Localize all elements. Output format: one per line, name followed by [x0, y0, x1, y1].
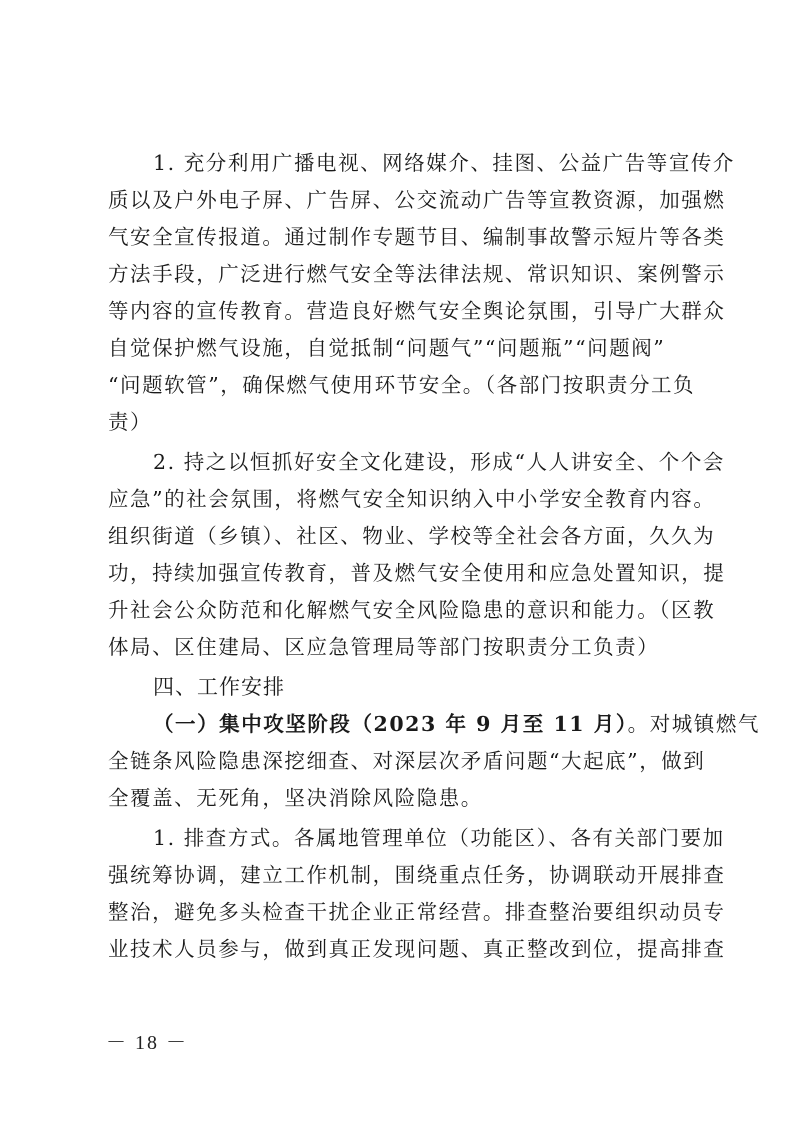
text-line: 气安全宣传报道。通过制作专题节目、编制事故警示短片等各类 — [108, 219, 695, 256]
paragraph-concentrated-phase: （一）集中攻坚阶段（2023 年 9 月至 11 月）。对城镇燃气 全链条风险隐… — [108, 706, 695, 817]
text-line: 自觉保护燃气设施，自觉抵制“问题气”“问题瓶”“问题阀” — [108, 330, 695, 367]
text-line: “问题软管”，确保燃气使用环节安全。（各部门按职责分工负 — [108, 367, 695, 404]
text-fragment: 。对城镇燃气 — [628, 712, 760, 736]
text-line: 责） — [108, 404, 695, 441]
text-line: （一）集中攻坚阶段（2023 年 9 月至 11 月）。对城镇燃气 — [108, 706, 695, 743]
text-line: 等内容的宣传教育。营造良好燃气安全舆论氛围，引导广大群众 — [108, 293, 695, 330]
text-line: 组织街道（乡镇）、社区、物业、学校等全社会各方面，久久为 — [108, 518, 695, 555]
text-line: 1. 排查方式。各属地管理单位（功能区）、各有关部门要加 — [108, 820, 695, 857]
text-line: 体局、区住建局、区应急管理局等部门按职责分工负责） — [108, 629, 695, 666]
document-page: 1. 充分利用广播电视、网络媒介、挂图、公益广告等宣传介 质以及户外电子屏、广告… — [108, 145, 695, 968]
text-line: 1. 充分利用广播电视、网络媒介、挂图、公益广告等宣传介 — [108, 145, 695, 182]
subsection-heading: （一）集中攻坚阶段（2023 年 9 月至 11 月） — [153, 712, 628, 736]
text-line: 业技术人员参与，做到真正发现问题、真正整改到位，提高排查 — [108, 931, 695, 968]
page-number: － 18 － — [106, 1026, 188, 1055]
text-line: 方法手段，广泛进行燃气安全等法律法规、常识知识、案例警示 — [108, 256, 695, 293]
section-heading-work-arrangement: 四、工作安排 — [108, 669, 695, 706]
text-line: 全覆盖、无死角，坚决消除风险隐患。 — [108, 780, 695, 817]
text-line: 功，持续加强宣传教育，普及燃气安全使用和应急处置知识，提 — [108, 555, 695, 592]
paragraph-publicity-resources: 1. 充分利用广播电视、网络媒介、挂图、公益广告等宣传介 质以及户外电子屏、广告… — [108, 145, 695, 441]
text-line: 强统筹协调，建立工作机制，围绕重点任务，协调联动开展排查 — [108, 857, 695, 894]
text-line: 质以及户外电子屏、广告屏、公交流动广告等宣教资源，加强燃 — [108, 182, 695, 219]
paragraph-inspection-method: 1. 排查方式。各属地管理单位（功能区）、各有关部门要加 强统筹协调，建立工作机… — [108, 820, 695, 968]
text-line: 应急”的社会氛围，将燃气安全知识纳入中小学安全教育内容。 — [108, 481, 695, 518]
text-line: 升社会公众防范和化解燃气安全风险隐患的意识和能力。（区教 — [108, 592, 695, 629]
text-line: 整治，避免多头检查干扰企业正常经营。排查整治要组织动员专 — [108, 894, 695, 931]
text-line: 2. 持之以恒抓好安全文化建设，形成“人人讲安全、个个会 — [108, 444, 695, 481]
paragraph-safety-culture: 2. 持之以恒抓好安全文化建设，形成“人人讲安全、个个会 应急”的社会氛围，将燃… — [108, 444, 695, 666]
text-line: 全链条风险隐患深挖细查、对深层次矛盾问题“大起底”，做到 — [108, 743, 695, 780]
